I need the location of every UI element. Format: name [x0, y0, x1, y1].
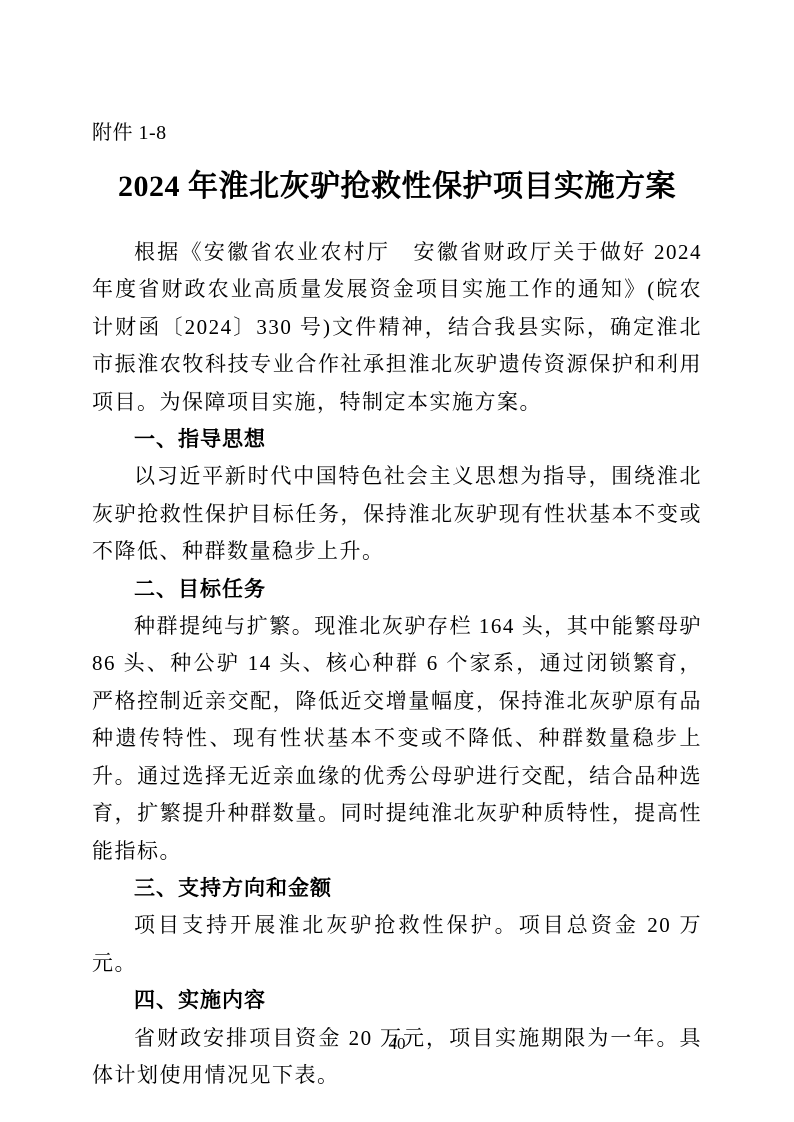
paragraph-target-tasks: 种群提纯与扩繁。现淮北灰驴存栏 164 头，其中能繁母驴 86 头、种公驴 14… — [92, 608, 702, 870]
paragraph-guiding-ideology: 以习近平新时代中国特色社会主义思想为指导，围绕淮北灰驴抢救性保护目标任务，保持淮… — [92, 458, 702, 570]
attachment-label: 附件 1-8 — [92, 120, 702, 146]
paragraph-intro: 根据《安徽省农业农村厅 安徽省财政厅关于做好 2024 年度省财政农业高质量发展… — [92, 234, 702, 421]
section-heading-implementation-content: 四、实施内容 — [92, 982, 702, 1019]
page-number: 40 — [0, 1034, 794, 1054]
section-heading-guiding-ideology: 一、指导思想 — [92, 421, 702, 458]
document-title: 2024 年淮北灰驴抢救性保护项目实施方案 — [92, 168, 702, 206]
paragraph-implementation-content: 省财政安排项目资金 20 万元，项目实施期限为一年。具体计划使用情况见下表。 — [92, 1020, 702, 1095]
section-heading-target-tasks: 二、目标任务 — [92, 571, 702, 608]
document-page: 附件 1-8 2024 年淮北灰驴抢救性保护项目实施方案 根据《安徽省农业农村厅… — [0, 0, 794, 1122]
section-heading-support-direction-amount: 三、支持方向和金额 — [92, 870, 702, 907]
paragraph-support-direction-amount: 项目支持开展淮北灰驴抢救性保护。项目总资金 20 万元。 — [92, 907, 702, 982]
